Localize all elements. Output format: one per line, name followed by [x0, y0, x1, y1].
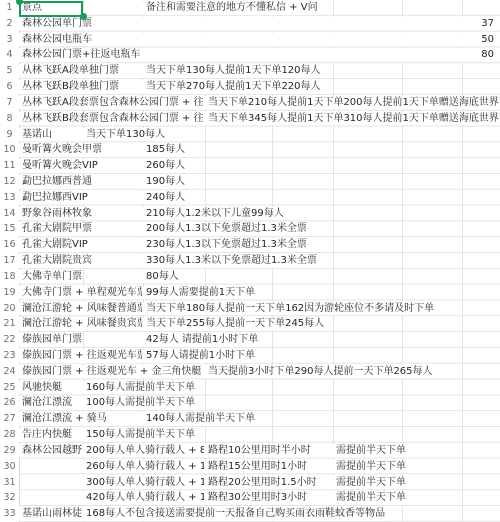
cell[interactable]: 140每人需提前半天下单	[143, 412, 255, 426]
row-header[interactable]: 27	[0, 411, 19, 427]
table-row: 32420每人单人骑行载人 + 180路程30公里用时3小时需提前半天下单	[0, 490, 500, 506]
table-row: 22傣族园单门票42每人 请提前1小时下单	[0, 332, 500, 348]
row-header[interactable]: 5	[0, 63, 19, 79]
cell[interactable]: 森林公园门票+往返电瓶车	[19, 48, 140, 62]
table-row: 2森林公园单门票37	[0, 16, 500, 32]
cell[interactable]: 澜沧江漂流 + 骑马	[19, 412, 107, 426]
row-header[interactable]: 16	[0, 237, 19, 253]
cell[interactable]: 野象谷雨林牧象	[19, 207, 92, 221]
row-header[interactable]: 15	[0, 221, 19, 237]
row-header[interactable]: 25	[0, 380, 19, 396]
cell[interactable]: 300每人单人骑行载人 + 120	[83, 476, 204, 490]
cell[interactable]: 森林公园越野车	[19, 444, 82, 458]
cell[interactable]: 需提前半天下单	[333, 476, 406, 490]
cell[interactable]: 99每人需要提前1天下单	[143, 286, 255, 300]
cell[interactable]: 210每人1.2米以下儿童99每人	[143, 207, 284, 221]
row-header[interactable]: 6	[0, 79, 19, 95]
row-header[interactable]: 8	[0, 111, 19, 127]
table-row: 13勐巴拉娜西VIP240每人	[0, 190, 500, 206]
table-row: 11曼听篝火晚会VIP260每人	[0, 158, 500, 174]
table-row: 10曼听篝火晚会甲票185每人	[0, 142, 500, 158]
cell[interactable]: 260每人	[143, 159, 185, 173]
table-row: 31300每人单人骑行载人 + 120路程20公里用时1.5小时需提前半天下单	[0, 475, 500, 491]
row-header[interactable]: 14	[0, 206, 19, 222]
table-row: 17孔雀大剧院贵宾330每人1.3米以下免票超过1.3米全票	[0, 253, 500, 269]
cell[interactable]: 孔雀大剧院甲票	[19, 222, 92, 236]
cell[interactable]: 420每人单人骑行载人 + 180	[83, 491, 204, 505]
cell[interactable]: 57每人请提前1小时下单	[143, 349, 255, 363]
cell[interactable]: 路程10公里用时半小时	[205, 444, 311, 458]
cell[interactable]: 傣族园单门票	[19, 333, 82, 347]
table-row: 28告庄内快艇150每人需提前半天下单	[0, 427, 500, 443]
cell[interactable]: 当天下单270每人提前1天下单220每人	[143, 80, 321, 94]
cell[interactable]: 勐巴拉娜西VIP	[19, 191, 88, 205]
table-row: 33基诺山雨林徒步168每人不包含接送需要提前一天报备自己购买雨衣雨鞋蚊香等物品	[0, 506, 500, 522]
cell[interactable]: 路程15公里用时1小时	[205, 460, 307, 474]
row-header[interactable]: 30	[0, 459, 19, 475]
table-row: 26澜沧江漂流100每人需提前半天下单	[0, 395, 500, 411]
cell[interactable]: 勐巴拉娜西普通	[19, 175, 92, 189]
row-header[interactable]: 23	[0, 348, 19, 364]
cell[interactable]: 丛林飞跃B段单独门票	[19, 80, 119, 94]
table-row: 29森林公园越野车200每人单人骑行载人 + 80路程10公里用时半小时需提前半…	[0, 443, 500, 459]
row-header[interactable]: 10	[0, 142, 19, 158]
row-header[interactable]: 28	[0, 427, 19, 443]
cell[interactable]: 需提前半天下单	[333, 444, 406, 458]
cell[interactable]: 260每人单人骑行载人 + 100	[83, 460, 204, 474]
row-header[interactable]: 22	[0, 332, 19, 348]
cell[interactable]: 风驰快艇	[19, 381, 62, 395]
table-row: 5从林飞跃A段单独门票当天下单130每人提前1天下单120每人	[0, 63, 500, 79]
table-row: 3森林公园电瓶车50	[0, 32, 500, 48]
row-header[interactable]: 26	[0, 395, 19, 411]
table-row: 4森林公园门票+往返电瓶车80	[0, 47, 500, 63]
table-row: 25风驰快艇160每人需提前半天下单	[0, 380, 500, 396]
table-row: 27澜沧江漂流 + 骑马140每人需提前半天下单	[0, 411, 500, 427]
cell[interactable]: 需提前半天下单	[333, 491, 406, 505]
cell[interactable]: 路程30公里用时3小时	[205, 491, 307, 505]
row-header[interactable]: 33	[0, 506, 19, 522]
table-row: 20澜沧江游轮 + 风味餐普通票当天下单180每人提前一天下单162因为游轮座位…	[0, 301, 500, 317]
cell[interactable]: 168每人不包含接送需要提前一天报备自己购买雨衣雨鞋蚊香等物品	[83, 507, 385, 521]
row-header[interactable]: 2	[0, 16, 19, 32]
cell[interactable]: 澜沧江漂流	[19, 396, 72, 410]
table-row: 8丛林飞跃B段套票包含森林公园门票 + 往返电瓶车票当天下单345每人提前1天下…	[0, 111, 500, 127]
cell[interactable]: 澜沧江游轮 + 风味餐贵宾票	[19, 317, 142, 331]
cell[interactable]: 200每人1.3以下免票超过1.3米全票	[143, 222, 307, 236]
selection-handle-bottom-right-icon[interactable]	[80, 13, 87, 20]
cell[interactable]: 190每人	[143, 175, 185, 189]
spreadsheet-grid[interactable]: 1景点备注和需要注意的地方不懂私信 + V问2森林公园单门票373森林公园电瓶车…	[0, 0, 500, 522]
cell[interactable]: 当天提前3小时下单290每人提前一天下单265每人	[205, 365, 433, 379]
row-header[interactable]: 18	[0, 269, 19, 285]
table-row: 19大佛寺门票 + 单程观光车票99每人需要提前1天下单	[0, 285, 500, 301]
table-row: 23傣族园门票 + 往返观光车票57每人请提前1小时下单	[0, 348, 500, 364]
row-header[interactable]: 3	[0, 32, 19, 48]
cell[interactable]: 基诺山雨林徒步	[19, 507, 82, 521]
row-header[interactable]: 32	[0, 490, 19, 506]
cell[interactable]: 傣族园门票 + 往返观光车 + 金三角快艇	[19, 365, 201, 379]
table-row: 12勐巴拉娜西普通190每人	[0, 174, 500, 190]
cell[interactable]: 大佛寺单门票	[19, 270, 82, 284]
cell[interactable]: 240每人	[143, 191, 185, 205]
cell[interactable]: 230每人1.3以下免票超过1.3米全票	[143, 238, 307, 252]
table-row: 18大佛寺单门票80每人	[0, 269, 500, 285]
cell[interactable]: 丛林飞跃B段套票包含森林公园门票 + 往返电瓶车票	[19, 112, 204, 126]
cell[interactable]: 从林飞跃A段单独门票	[19, 64, 119, 78]
cell[interactable]: 50	[143, 33, 498, 47]
selection-handle-top-left-icon[interactable]	[16, 0, 23, 5]
row-header[interactable]: 31	[0, 475, 19, 491]
cell[interactable]: 当天下单130每人提前1天下单120每人	[143, 64, 321, 78]
cell[interactable]: 当天下单210每人提前1天下单200每人提前1天下单赠送海底世界观光门票1张每人	[205, 96, 499, 110]
row-header[interactable]: 11	[0, 158, 19, 174]
cell[interactable]: 当天下单255每人提前一天下单245每人	[143, 317, 324, 331]
table-row: 6丛林飞跃B段单独门票当天下单270每人提前1天下单220每人	[0, 79, 500, 95]
cell[interactable]: 备注和需要注意的地方不懂私信 + V问	[143, 1, 318, 15]
row-header[interactable]: 9	[0, 127, 19, 143]
table-row: 14野象谷雨林牧象210每人1.2米以下儿童99每人	[0, 206, 500, 222]
cell[interactable]: 150每人需提前半天下单	[83, 428, 195, 442]
cell[interactable]: 需提前半天下单	[333, 460, 406, 474]
row-header[interactable]: 12	[0, 174, 19, 190]
table-row: 9基诺山当天下单130每人	[0, 127, 500, 143]
table-row: 21澜沧江游轮 + 风味餐贵宾票当天下单255每人提前一天下单245每人	[0, 316, 500, 332]
row-header[interactable]: 4	[0, 47, 19, 63]
row-header[interactable]: 7	[0, 95, 19, 111]
cell[interactable]: 告庄内快艇	[19, 428, 72, 442]
row-header[interactable]: 24	[0, 364, 19, 380]
cell[interactable]: 森林公园电瓶车	[19, 33, 92, 47]
cell[interactable]: 当天下单130每人	[83, 128, 165, 142]
cell[interactable]: 160每人需提前半天下单	[83, 381, 195, 395]
cell[interactable]: 基诺山	[19, 128, 52, 142]
cell[interactable]: 傣族园门票 + 往返观光车票	[19, 349, 142, 363]
table-row: 16孔雀大剧院VIP230每人1.3以下免票超过1.3米全票	[0, 237, 500, 253]
cell[interactable]: 330每人1.3米以下免票超过1.3米全票	[143, 254, 317, 268]
cell[interactable]: 185每人	[143, 143, 185, 157]
cell[interactable]: 丛林飞跃A段套票包含森林公园门票 + 往返电瓶车票	[19, 96, 204, 110]
table-row: 30260每人单人骑行载人 + 100路程15公里用时1小时需提前半天下单	[0, 459, 500, 475]
row-header[interactable]: 19	[0, 285, 19, 301]
cell[interactable]: 42每人 请提前1小时下单	[143, 333, 258, 347]
row-header[interactable]: 20	[0, 301, 19, 317]
cell[interactable]: 当天下单345每人提前1天下单310每人提前1天下单赠送海底世界观光门票1张每人	[205, 112, 499, 126]
cell[interactable]: 路程20公里用时1.5小时	[205, 476, 317, 490]
cell[interactable]: 100每人需提前半天下单	[83, 396, 195, 410]
table-row: 15孔雀大剧院甲票200每人1.3以下免票超过1.3米全票	[0, 221, 500, 237]
cell[interactable]: 80每人	[143, 270, 179, 284]
cell[interactable]: 当天下单180每人提前一天下单162因为游轮座位不多请及时下单	[143, 302, 434, 316]
cell[interactable]: 孔雀大剧院贵宾	[19, 254, 92, 268]
row-header[interactable]: 13	[0, 190, 19, 206]
cell[interactable]: 曼听篝火晚会VIP	[19, 159, 98, 173]
cell[interactable]: 孔雀大剧院VIP	[19, 238, 88, 252]
table-row: 7丛林飞跃A段套票包含森林公园门票 + 往返电瓶车票当天下单210每人提前1天下…	[0, 95, 500, 111]
cell[interactable]: 200每人单人骑行载人 + 80	[83, 444, 204, 458]
row-header[interactable]: 29	[0, 443, 19, 459]
selected-cell-outline	[19, 1, 83, 17]
table-row: 24傣族园门票 + 往返观光车 + 金三角快艇当天提前3小时下单290每人提前一…	[0, 364, 500, 380]
cell[interactable]: 80	[143, 48, 498, 62]
cell[interactable]: 大佛寺门票 + 单程观光车票	[19, 286, 142, 300]
cell[interactable]: 澜沧江游轮 + 风味餐普通票	[19, 302, 142, 316]
row-header[interactable]: 17	[0, 253, 19, 269]
cell[interactable]: 曼听篝火晚会甲票	[19, 143, 102, 157]
row-header[interactable]: 21	[0, 316, 19, 332]
cell[interactable]: 37	[143, 17, 498, 31]
